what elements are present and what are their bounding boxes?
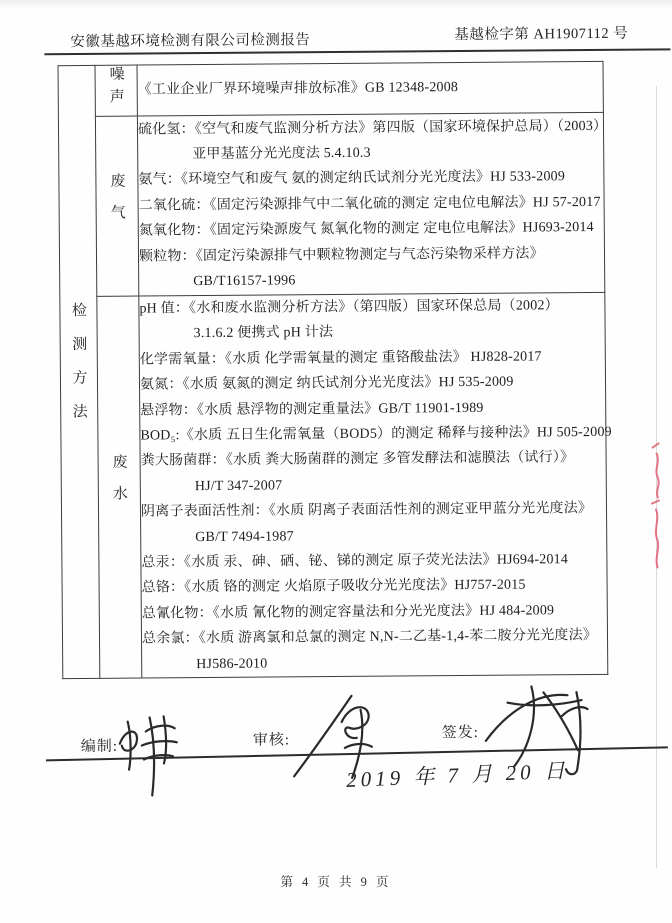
report-number: 基越检字第 AH1907112 号: [454, 22, 628, 44]
method-line: 总氰化物：《水质 氰化物的测定容量法和分光光度法》HJ 484-2009: [142, 598, 607, 627]
section-label-gas: 废气: [106, 172, 127, 235]
method-line: 阴离子表面活性剂：《水质 阴离子表面活性剂的测定亚甲蓝分光光度法》: [141, 496, 606, 525]
method-line: 总铬：《水质 铬的测定 火焰原子吸收分光光度法》HJ757-2015: [142, 572, 607, 601]
method-line: 《工业企业厂界环境噪声排放标准》GB 12348-2008: [138, 76, 603, 102]
report-header-title: 安徽基越环境检测有限公司检测报告: [70, 28, 310, 51]
scanned-report-page: 安徽基越环境检测有限公司检测报告 基越检字第 AH1907112 号 检测方法 …: [0, 0, 672, 923]
method-line: 氨氮：《水质 氨氮的测定 纳氏试剂分光光度法》HJ 535-2009: [140, 369, 605, 398]
method-line: 硫化氢：《空气和废气监测分析方法》第四版（国家环境保护总局）（2003）: [138, 113, 603, 142]
reviewed-by-label: 审核:: [253, 728, 290, 749]
method-line: 氨气：《环境空气和废气 氨的测定纳氏试剂分光光度法》HJ 533-2009: [138, 164, 603, 193]
issued-by-label: 签发:: [442, 721, 479, 742]
table-row-noise: 检测方法 噪声 《工业企业厂界环境噪声排放标准》GB 12348-2008: [58, 61, 603, 116]
method-line: 二氧化硫：《固定污染源排气中二氧化硫的测定 定电位电解法》HJ 57-2017: [139, 190, 604, 219]
issuer-signature: [479, 680, 596, 781]
method-line: HJ/T 347-2007: [141, 471, 606, 500]
gas-methods-cell: 硫化氢：《空气和废气监测分析方法》第四版（国家环境保护总局）（2003） 亚甲基…: [137, 112, 604, 296]
section-label-noise: 噪声: [106, 66, 127, 111]
water-methods-cell: pH 值：《水和废水监测分析方法》（第四版）国家环保总局（2002） 3.1.6…: [139, 292, 608, 678]
section-label-water: 废水: [109, 453, 130, 516]
method-line: 3.1.6.2 便携式 pH 计法: [140, 318, 605, 347]
red-stamp-mark: [647, 425, 666, 575]
method-line: 总汞：《水质 汞、砷、硒、铋、锑的测定 原子荧光法法》HJ694-2014: [141, 547, 606, 576]
table-row-water: 废水 pH 值：《水和废水监测分析方法》（第四版）国家环保总局（2002） 3.…: [60, 292, 608, 678]
methods-table: 检测方法 噪声 《工业企业厂界环境噪声排放标准》GB 12348-2008 废气…: [58, 61, 609, 679]
method-line: BOD₅:《水质 五日生化需氧量（BOD5）的测定 稀释与接种法》HJ 505-…: [140, 420, 605, 449]
section-cell-gas: 废气: [95, 116, 138, 296]
prepared-by-label: 编制:: [81, 735, 118, 756]
method-line: 化学需氧量：《水质 化学需氧量的测定 重铬酸盐法》 HJ828-2017: [140, 344, 605, 373]
method-line: 氮氧化物：《固定污染源废气 氮氧化物的测定 定电位电解法》HJ693-2014: [139, 215, 604, 244]
method-line: GB/T16157-1996: [139, 266, 604, 295]
reviewer-signature: [289, 688, 386, 785]
method-line: 悬浮物：《水质 悬浮物的测定重量法》GB/T 11901-1989: [140, 395, 605, 424]
method-line: HJ586-2010: [142, 649, 607, 678]
noise-methods-cell: 《工业企业厂界环境噪声排放标准》GB 12348-2008: [137, 61, 603, 116]
prepared-signature: [112, 707, 185, 800]
method-line: 粪大肠菌群：《水质 粪大肠菌群的测定 多管发酵法和滤膜法（试行）》: [141, 445, 606, 474]
handwritten-date: 2019 年 7 月 20 日: [346, 754, 577, 794]
page-indicator: 第 4 页 共 9 页: [0, 872, 672, 890]
signature-rule: [46, 746, 668, 761]
method-line: GB/T 7494-1987: [141, 522, 606, 551]
method-line: 颗粒物：《固定污染源排气中颗粒物测定与气态污染物采样方法》: [139, 241, 604, 270]
scan-artifact-top: [0, 0, 672, 10]
section-cell-water: 废水: [97, 296, 142, 678]
method-line: 总余氯：《水质 游离氯和总氯的测定 N,N-二乙基-1,4-苯二胺分光光度法》: [142, 623, 607, 652]
table-row-gas: 废气 硫化氢：《空气和废气监测分析方法》第四版（国家环境保护总局）（2003） …: [58, 112, 604, 296]
method-line: pH 值：《水和废水监测分析方法》（第四版）国家环保总局（2002）: [139, 293, 604, 322]
row-header-cell: 检测方法: [58, 65, 100, 678]
section-cell-noise: 噪声: [95, 65, 137, 116]
method-line: 亚甲基蓝分光光度法 5.4.10.3: [138, 139, 603, 168]
row-header-label: 检测方法: [68, 302, 90, 437]
